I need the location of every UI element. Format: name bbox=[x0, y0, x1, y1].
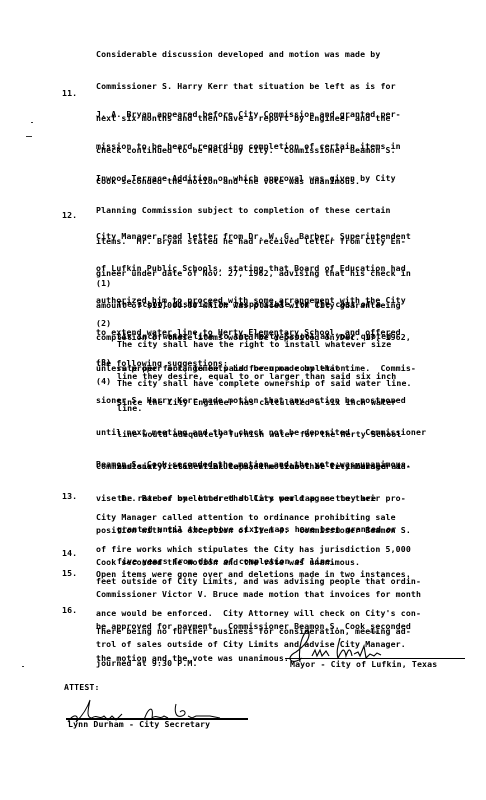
text-line: Commissioner Victor V. Bruce made motion… bbox=[96, 589, 421, 600]
secretary-caption: Lynn Durham - City Secretary bbox=[68, 719, 210, 730]
text-line: line would adequately furnish water for … bbox=[117, 429, 401, 440]
text-line: J. A. Bryan appeared before City Commiss… bbox=[96, 109, 426, 120]
text-line: The school district be responsible for t… bbox=[117, 299, 391, 310]
suggestion-number: (2) bbox=[96, 318, 111, 329]
item-number: 12. bbox=[62, 210, 77, 221]
agenda-item-13: 13. City Manager called attention to ord… bbox=[62, 491, 82, 533]
suggestion-number: (4) bbox=[96, 376, 111, 387]
item-number: 11. bbox=[62, 88, 77, 99]
scan-speck bbox=[22, 666, 24, 667]
attest-label: ATTEST: bbox=[64, 682, 100, 693]
text-line: City Manager read letter from Dr. W. G. … bbox=[96, 231, 411, 242]
item-number: 15. bbox=[62, 568, 77, 579]
agenda-item-16: 16. There being no further business for … bbox=[62, 605, 82, 647]
text-line: The city shall have the right to install… bbox=[117, 339, 396, 350]
text-line: Commissioner Victor V. Bruce made motion… bbox=[96, 461, 411, 472]
mayor-caption: Mayor - City of Lufkin, Texas bbox=[290, 659, 437, 670]
minutes-page: Considerable discussion developed and mo… bbox=[0, 0, 486, 800]
scan-speck bbox=[26, 136, 32, 137]
item-number: 16. bbox=[62, 605, 77, 616]
suggestion-1: (1) The school district be responsible f… bbox=[96, 278, 116, 320]
agenda-item-11: 11. J. A. Bryan appeared before City Com… bbox=[62, 88, 82, 130]
text-line: City Manager called attention to ordinan… bbox=[96, 512, 421, 523]
text-line: of Lufkin Public Schools, stating that B… bbox=[96, 263, 411, 274]
suggestion-number: (1) bbox=[96, 278, 111, 289]
text-line: mission to be heard regarding completion… bbox=[96, 141, 426, 152]
suggestion-number: (3) bbox=[96, 357, 111, 368]
text-line: Inwood Terrace Addition on which approva… bbox=[96, 173, 426, 184]
item-number: 13. bbox=[62, 491, 77, 502]
item-number: 14. bbox=[62, 548, 77, 559]
suggestion-2: (2) The city shall have the right to ins… bbox=[96, 318, 116, 360]
suggestion-4: (4) Since the City Engineer has calculat… bbox=[96, 376, 116, 418]
text-line: Considerable discussion developed and mo… bbox=[96, 49, 396, 60]
scan-speck bbox=[31, 122, 33, 123]
text-line: Since the City Engineer has calculated a… bbox=[117, 397, 401, 408]
agenda-item-12: 12. City Manager read letter from Dr. W.… bbox=[62, 210, 82, 252]
